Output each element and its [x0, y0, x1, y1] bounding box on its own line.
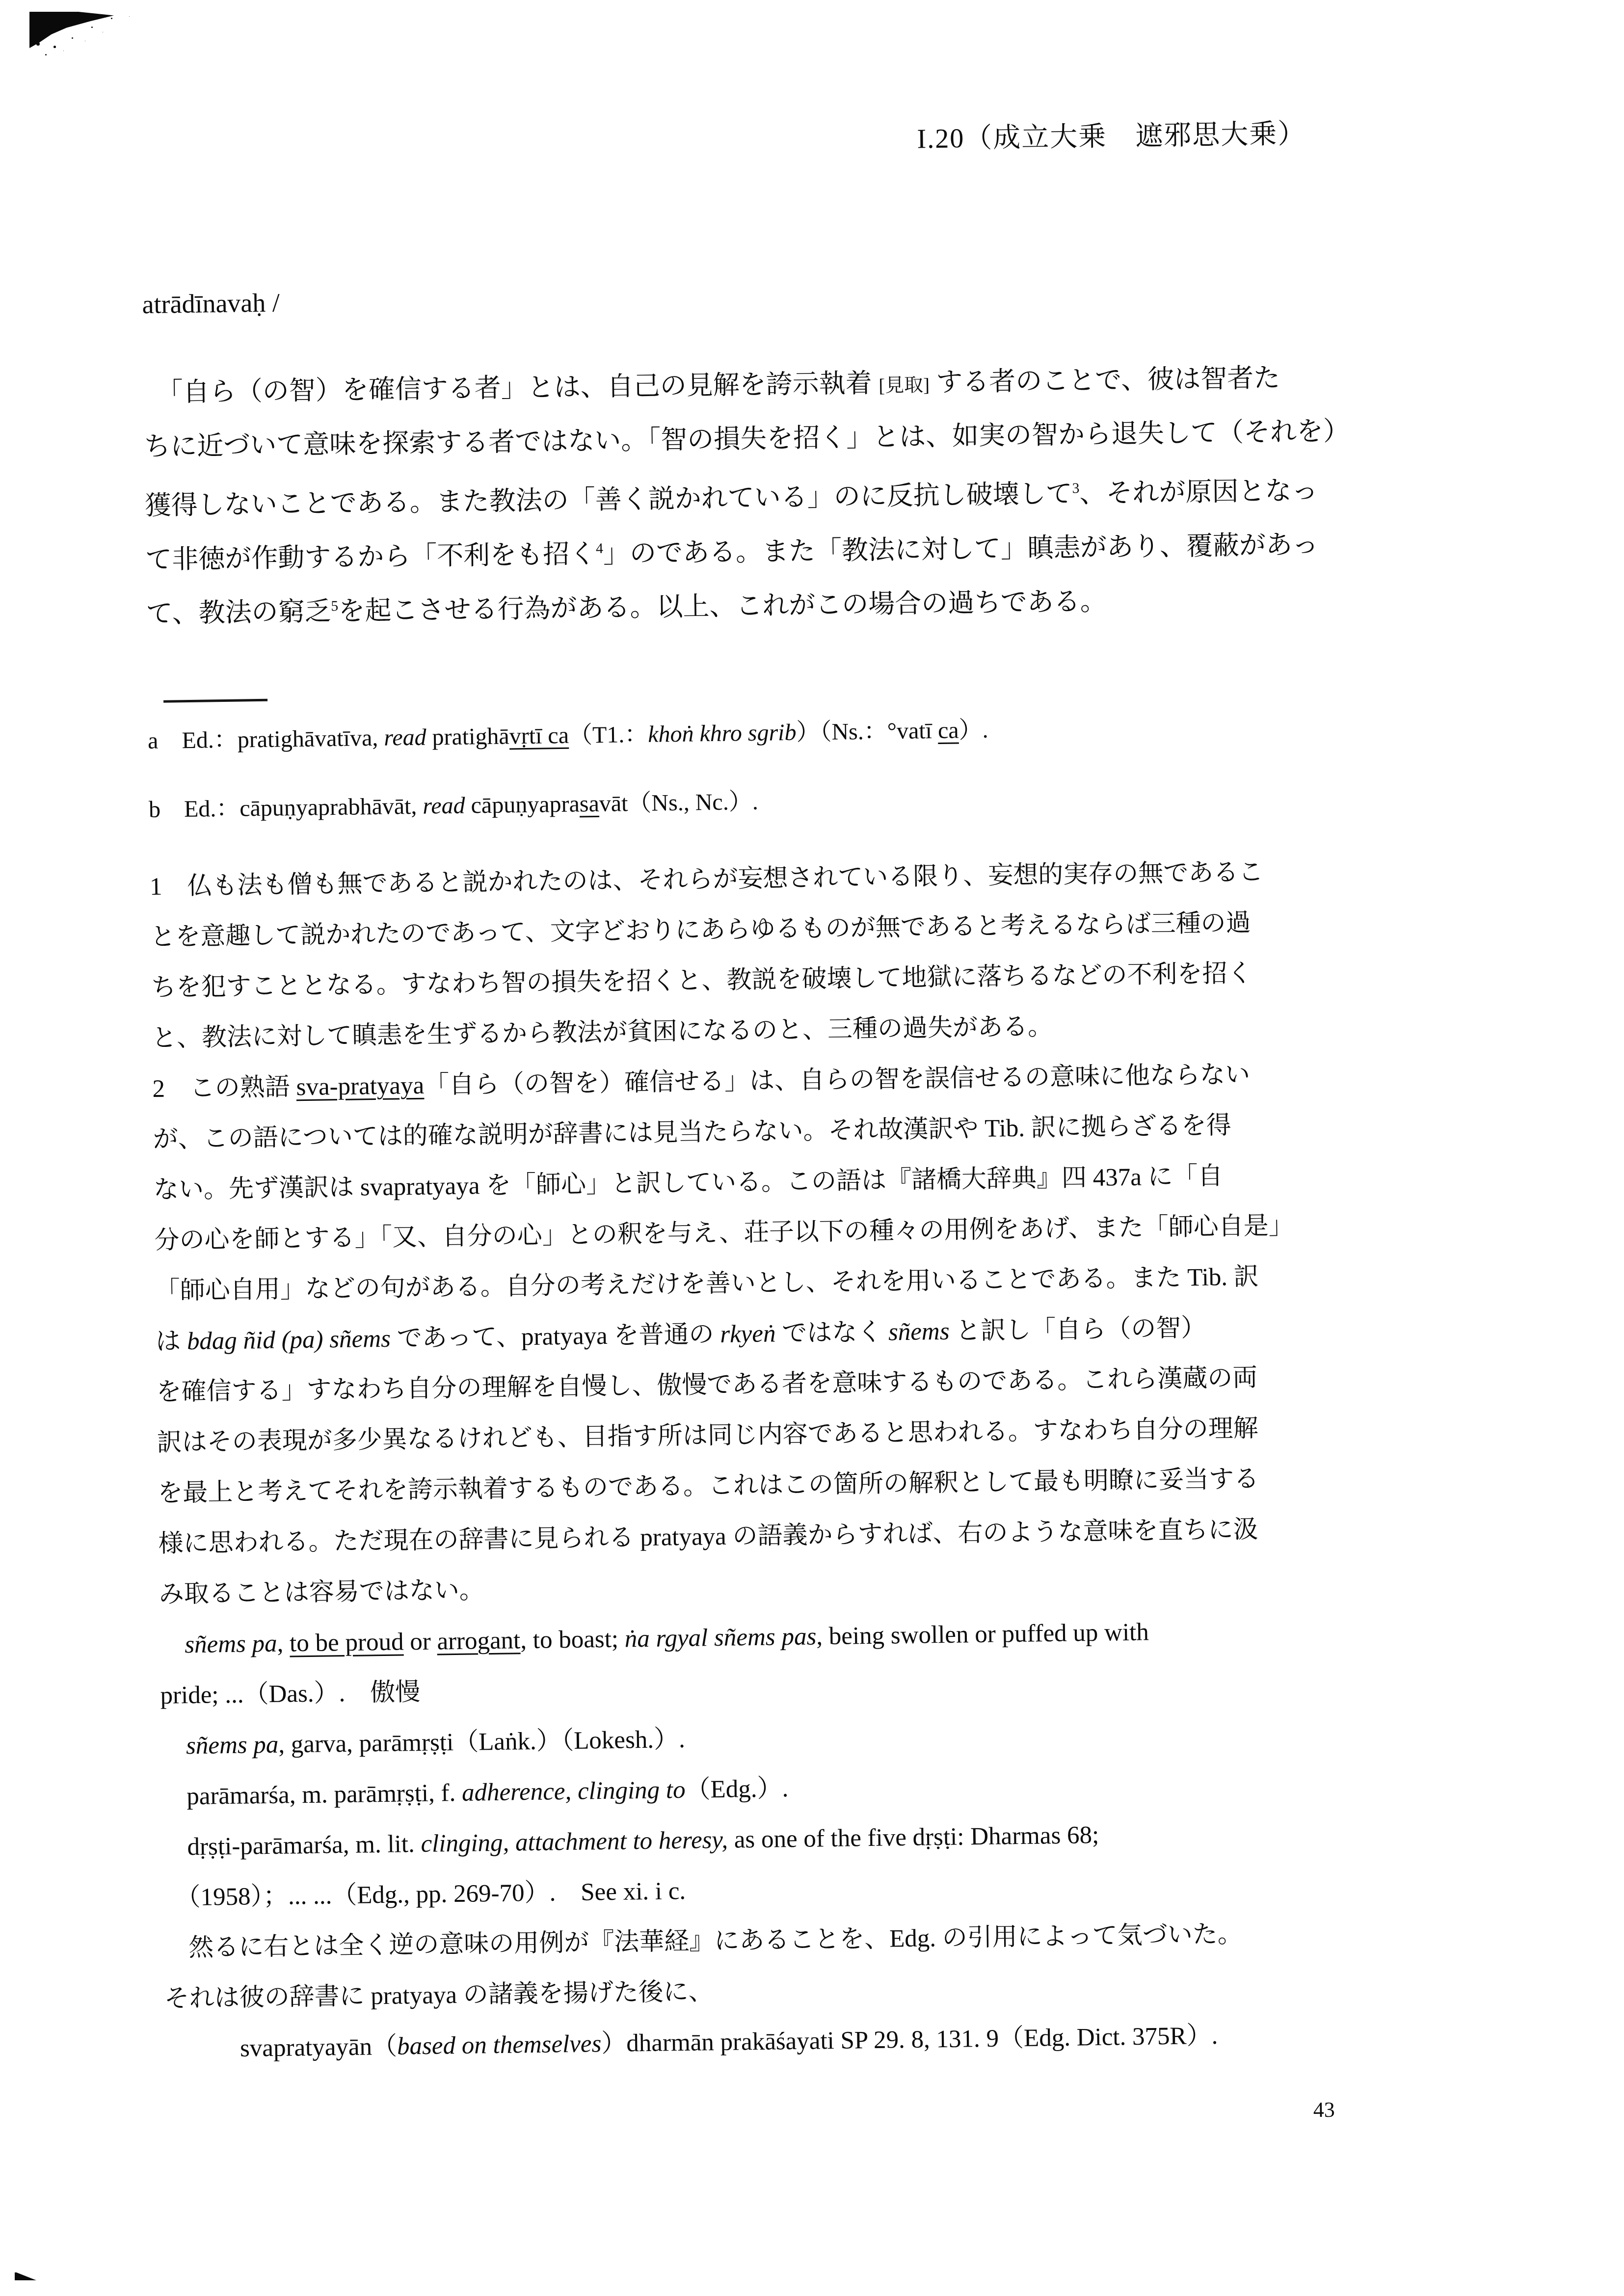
text-segment: は: [156, 1328, 187, 1356]
scan-artifact-bottom-left: [15, 2272, 36, 2280]
text-segment: , garva, parāmṛṣṭi（Laṅk.）（Lokesh.）.: [278, 1726, 685, 1759]
text-segment: であって、pratyaya を普通の: [391, 1321, 720, 1353]
styled-text-segment: clinging, attachment to heresy,: [421, 1826, 728, 1858]
sanskrit-lemma: atrādīnavaḥ /: [142, 270, 1463, 321]
text-segment: ちに近づいて意味を探索する者ではない。「智の損失を招く」とは、如実の智から退失し…: [144, 416, 1350, 461]
styled-text-segment: to be proud: [290, 1628, 404, 1657]
text-segment: ,: [277, 1629, 290, 1657]
page-number: 43: [1313, 2098, 1335, 2123]
text-segment: 、それが原因となっ: [1079, 476, 1318, 508]
text-segment: a Ed.：pratighāvatīva,: [148, 725, 384, 754]
text-segment: ではなく: [775, 1318, 888, 1347]
page-content: I.20（成立大乗 遮邪思大乗） atrādīnavaḥ / 「自ら（の智）を確…: [138, 0, 1488, 2296]
text-segment: とを意趣して説かれたのであって、文字どおりにあらゆるものが無であると考えるならば…: [150, 909, 1251, 951]
text-segment: ）（Ns.：°vatī: [796, 718, 938, 746]
text-segment: （Edg.）.: [685, 1775, 788, 1804]
styled-text-segment: sva-pratyaya: [296, 1072, 424, 1101]
styled-text-segment: adherence, clinging to: [462, 1776, 686, 1807]
text-segment: parāmarśa, m. parāmṛṣṭi, f.: [161, 1779, 462, 1811]
text-segment: て、教法の窮乏: [146, 596, 331, 628]
text-segment: pratighā: [426, 723, 509, 750]
text-segment: 訳はその表現が多少異なるけれども、目指す所は同じ内容であると思われる。すなわち自…: [157, 1415, 1258, 1457]
text-segment: 然るに右とは全く逆の意味の用例が『法華経』にあることを、Edg. の引用によって…: [163, 1921, 1243, 1962]
critical-apparatus: a Ed.：pratighāvatīva, read pratighāvṛtī …: [147, 690, 1469, 844]
styled-text-segment: read: [423, 793, 465, 819]
main-paragraph: 「自ら（の智）を確信する者」とは、自己の見解を誇示執着 [見取] する者のことで…: [143, 348, 1466, 636]
styled-text-segment: sa: [579, 791, 599, 817]
text-segment: それは彼の辞書に pratyaya の諸義を揚げた後に、: [164, 1978, 714, 2013]
text-segment: と訳し「自ら（の智）: [949, 1314, 1206, 1345]
text-segment: as one of the five dṛṣṭi: Dharmas 68;: [728, 1821, 1099, 1854]
text-segment: ちを犯すこととなる。すなわち智の損失を招くと、教説を破壊して地獄に落ちるなどの不…: [151, 960, 1252, 1002]
text-segment: b Ed.：cāpuṇyaprabhāvāt,: [149, 793, 423, 823]
text-segment: 1 仏も法も僧も無であると説かれたのは、それらが妄想されている限り、妄想的実存の…: [150, 858, 1264, 901]
text-segment: を起こさせる行為がある。以上、これがこの場合の過ちである。: [338, 587, 1107, 626]
styled-text-segment: [見取]: [879, 374, 930, 396]
styled-text-segment: 3: [1072, 481, 1079, 496]
footnote-separator-rule: [163, 699, 267, 703]
text-segment: pride; ...（Das.）. 傲慢: [160, 1679, 420, 1709]
text-segment: が、この語については的確な説明が辞書には見当たらない。それ故漢訳や Tib. 訳…: [153, 1112, 1231, 1153]
text-segment: ）.: [958, 717, 988, 744]
styled-text-segment: read: [384, 724, 426, 751]
styled-text-segment: sñems: [888, 1318, 950, 1346]
text-segment: する者のことで、彼は智者た: [929, 363, 1280, 397]
scanned-book-page: I.20（成立大乗 遮邪思大乗） atrādīnavaḥ / 「自ら（の智）を確…: [0, 0, 1624, 2296]
text-segment: svapratyayān（: [165, 2033, 398, 2063]
text-segment: （1958）；... ...（Edg., pp. 269-70）. See xi…: [163, 1877, 686, 1912]
styled-text-segment: vṛtī ca: [509, 722, 569, 749]
text-segment: 獲得しないことである。また教法の「善く説かれている」のに反抗し破壊して: [144, 479, 1072, 521]
text-segment: [160, 1631, 185, 1659]
styled-text-segment: based on themselves: [397, 2030, 602, 2060]
styled-text-segment: 5: [331, 598, 338, 614]
scan-artifact-speckle: [36, 42, 40, 46]
styled-text-segment: 4: [596, 541, 603, 557]
text-segment: ない。先ず漢訳は svapratyaya を「師心」と訳している。この語は『諸橋…: [154, 1162, 1223, 1204]
text-segment: cāpuṇyapra: [465, 791, 580, 819]
text-segment: を最上と考えてそれを誇示執着するものである。これはこの箇所の解釈として最も明瞭に…: [158, 1466, 1259, 1507]
styled-text-segment: bdag ñid (pa) sñems: [187, 1325, 391, 1355]
text-segment: ）dharmān prakāśayati SP 29. 8, 131. 9（Ed…: [601, 2022, 1218, 2057]
text-segment: と、教法に対して瞋恚を生ずるから教法が貧困になるのと、三種の過失がある。: [152, 1013, 1053, 1052]
text-segment: 様に思われる。ただ現在の辞書に見られる pratyaya の語義からすれば、右の…: [158, 1516, 1258, 1558]
styled-text-segment: sñems pa: [185, 1630, 277, 1658]
text-segment: を確信する」すなわち自分の理解を自慢し、傲慢である者を意味するものである。これら…: [156, 1364, 1258, 1406]
styled-text-segment: rkyeṅ: [720, 1320, 776, 1348]
text-segment: 「自ら（の智を）確信せる」は、自らの智を誤信せるの意味に他ならない: [424, 1061, 1251, 1099]
text-segment: 「師心自用」などの句がある。自分の考えだけを善いとし、それを用いることである。ま…: [155, 1263, 1259, 1305]
text-segment: or: [403, 1628, 437, 1656]
styled-text-segment: sñems pa: [186, 1731, 279, 1760]
text-segment: （T1.：: [569, 721, 648, 748]
text-segment: て非徳が作動するから「不利をも招く: [145, 539, 596, 574]
styled-text-segment: ca: [938, 717, 959, 744]
scan-artifact-top-left: [29, 12, 114, 48]
text-segment: み取ることは容易ではない。: [159, 1576, 485, 1608]
text-segment: , to boast;: [520, 1626, 625, 1655]
text-segment: 2 この熟語: [152, 1073, 296, 1103]
text-segment: dṛṣṭi-parāmarśa, m. lit.: [162, 1830, 421, 1861]
styled-text-segment: arrogant: [437, 1627, 521, 1655]
endnotes: 1 仏も法も僧も無であると説かれたのは、それらが妄想されている限り、妄想的実存の…: [149, 845, 1485, 2075]
text-segment: 」のである。また「教法に対して」瞋恚があり、覆蔽があっ: [603, 530, 1319, 568]
text-segment: 「自ら（の智）を確信する者」とは、自己の見解を誇示執着: [143, 369, 879, 408]
running-header: I.20（成立大乗 遮邪思大乗）: [140, 116, 1306, 167]
styled-text-segment: ṅa rgyal sñems pas: [624, 1623, 816, 1653]
styled-text-segment: khoṅ khro sgrib: [648, 720, 797, 748]
text-segment: 分の心を師とする」「又、自分の心」との釈を与え、荘子以下の種々の用例をあげ、また…: [154, 1212, 1294, 1255]
text-segment: , being swollen or puffed up with: [816, 1619, 1149, 1651]
text-segment: [161, 1732, 186, 1760]
text-segment: vāt（Ns., Nc.）.: [599, 789, 758, 817]
